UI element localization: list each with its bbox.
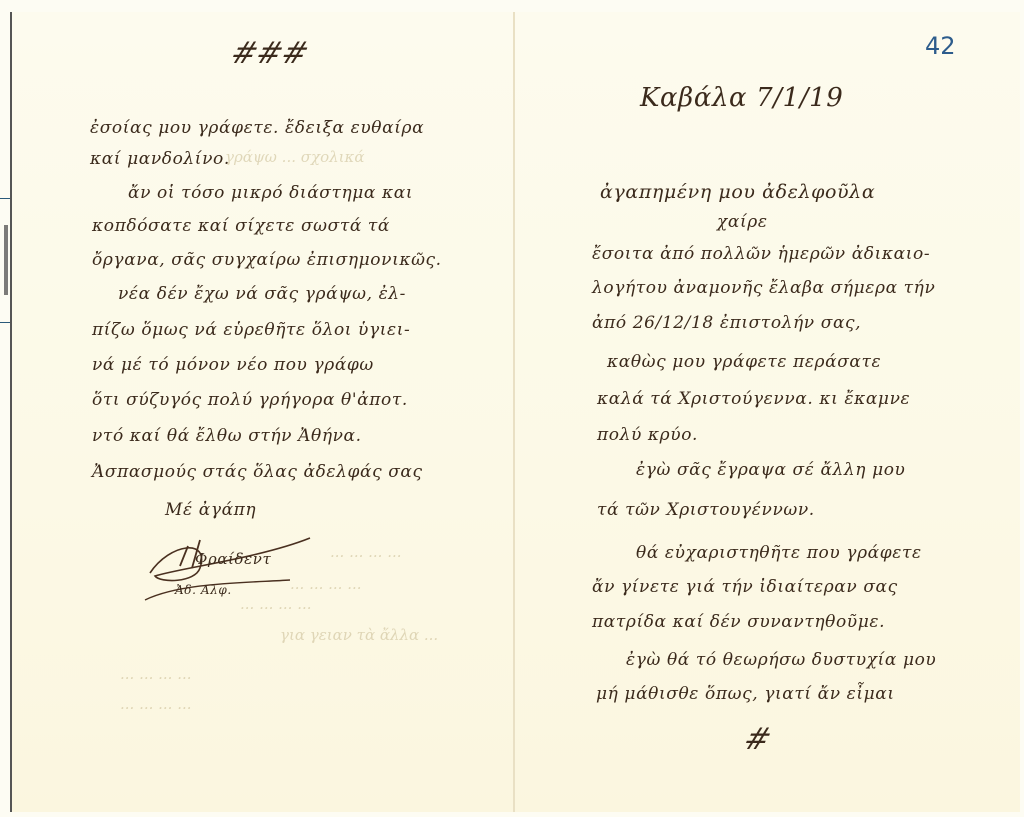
letter-line: τά τῶν Χριστουγέννων. — [597, 500, 815, 520]
letter-line: κοπδόσατε καί σίχετε σωστά τά — [92, 216, 390, 236]
page-number: 42 — [925, 32, 956, 60]
letter-line: ἔσοιτα ἀπό πολλῶν ἡμερῶν ἀδικαιο- — [592, 244, 930, 264]
letter-line: πατρίδα καί δέν συναντηθοῦμε. — [592, 612, 885, 632]
binding-mark — [4, 225, 8, 295]
letter-line: πολύ κρύο. — [597, 425, 698, 445]
scanned-letter: 42 γράψω ... σχολικά ... ... ... ... ...… — [0, 0, 1024, 817]
top-mark: ### — [226, 36, 314, 71]
letter-closing: Μέ ἀγάπη — [165, 500, 256, 520]
letter-line: θά εὐχαριστηθῆτε που γράφετε — [636, 543, 922, 563]
letter-line: πίζω ὅμως νά εὑρεθῆτε ὅλοι ὑγιει- — [92, 320, 410, 340]
letter-line: νέα δέν ἔχω νά σᾶς γράψω, ἐλ- — [118, 284, 406, 304]
letter-line: ἐγὼ θά τό θεωρήσω δυστυχία μου — [626, 650, 936, 670]
letter-line: μή μάθισθε ὅπως, γιατί ἄν εἶμαι — [596, 684, 895, 704]
letter-line: νά μέ τό μόνον νέο που γράφω — [92, 355, 374, 375]
letter-line: ἀπό 26/12/18 ἐπιστολήν σας, — [592, 313, 861, 333]
letter-line: καί μανδολίνο. — [90, 149, 230, 169]
bleed-line: για γειαν τὰ ἄλλα ... — [280, 626, 438, 644]
bleed-line: ... ... ... ... — [330, 543, 402, 561]
margin-tick — [0, 198, 10, 199]
letter-line: ὄργανα, σᾶς συγχαίρω ἐπισημονικῶς. — [92, 250, 442, 270]
signature: Φραίδεντ Ἀδ. Αλφ. — [140, 528, 320, 608]
signature-sub: Ἀδ. Αλφ. — [175, 583, 232, 597]
letter-line: Ἀσπασμούς στάς ὅλας ἀδελφάς σας — [92, 462, 423, 482]
salutation: ἀγαπημένη μου ἀδελφοῦλα — [600, 181, 875, 203]
letter-line: ἄν γίνετε γιά τήν ἰδιαίτεραν σας — [592, 577, 898, 597]
signature-name: Φραίδεντ — [195, 550, 271, 568]
bleed-line: ... ... ... ... — [120, 695, 192, 713]
letter-line: ἐγὼ σᾶς ἔγραψα σέ ἄλλη μου — [636, 460, 906, 480]
letter-line: ντό καί θά ἔλθω στήν Ἀθήνα. — [92, 426, 362, 446]
place-date: Καβάλα 7/1/19 — [640, 83, 843, 113]
letter-line: ὅτι σύζυγός πολύ γρήγορα θ'ἀποτ. — [92, 390, 408, 410]
bleed-line: γράψω ... σχολικά — [225, 148, 364, 166]
letter-line: καλά τά Χριστούγεννα. κι ἔκαμνε — [597, 389, 910, 409]
greeting: χαίρε — [717, 212, 768, 232]
bleed-line: ... ... ... ... — [120, 665, 192, 683]
letter-line: λογήτου ἀναμονῆς ἔλαβα σήμερα τήν — [592, 278, 935, 298]
letter-line: ἐσοίας μου γράφετε. ἔδειξα ευθαίρα — [90, 118, 424, 138]
margin-tick — [0, 322, 10, 323]
letter-line: καθὼς μου γράφετε περάσατε — [607, 352, 881, 372]
letter-line: ἄν οἱ τόσο μικρό διάστημα και — [128, 183, 413, 203]
